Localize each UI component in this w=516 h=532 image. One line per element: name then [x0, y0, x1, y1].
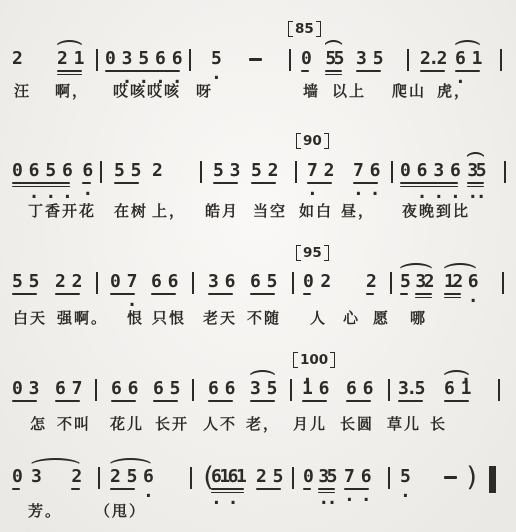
- barline: [98, 467, 100, 489]
- barline: [504, 161, 506, 183]
- note-digits: 5 5: [12, 273, 37, 291]
- note-digits: 6 6: [346, 380, 371, 398]
- beam-underline: [301, 70, 309, 72]
- slur-arc-icon: [323, 40, 344, 50]
- lyric-text: 啊，: [55, 80, 89, 101]
- lyric-text: 皓月: [205, 200, 239, 221]
- lyric-text: 虎，: [437, 80, 471, 101]
- measure-marker: 90: [296, 133, 329, 149]
- beam-underline: [12, 293, 37, 295]
- measure-number: 85: [293, 22, 316, 36]
- note-token: 2: [12, 50, 20, 68]
- lyric-text: 芳。: [28, 500, 62, 521]
- note-digits: 3.5: [398, 380, 423, 398]
- lyric-text: 长: [430, 413, 447, 434]
- dash-extension: [249, 58, 262, 61]
- barline: [290, 379, 292, 401]
- octave-dot-above: .: [302, 371, 310, 377]
- octave-dot-below: ..: [318, 494, 335, 499]
- lyric-text: 不随: [247, 307, 281, 328]
- beam-underline: [12, 488, 20, 490]
- note-group: 6 5: [153, 380, 178, 402]
- beam-underline: [208, 293, 233, 295]
- lyric-text: 当空: [253, 200, 287, 221]
- note-digits: 6 1: [455, 50, 480, 68]
- note-group: 0: [12, 468, 20, 490]
- note-group: 2: [71, 468, 79, 490]
- note-token: 0 3 5 6 6 . . . .: [105, 50, 180, 78]
- note-token: 6 5: [250, 273, 275, 295]
- note-digits: 0: [303, 273, 311, 291]
- barline: [192, 379, 194, 401]
- note-digits: 32: [415, 273, 432, 291]
- note-digits: 3: [31, 468, 39, 486]
- note-group: 0: [303, 273, 311, 295]
- lyric-text: 人不: [203, 413, 237, 434]
- octave-dot-below: .: [400, 487, 408, 492]
- lyric-text: 如白: [299, 200, 333, 221]
- beam-underline: [55, 293, 80, 295]
- note-token: 32: [31, 468, 80, 490]
- note-group: 2.2: [420, 50, 445, 72]
- note-group: 2: [152, 162, 160, 180]
- beam-underline: [55, 400, 80, 402]
- note-digits: 55: [325, 50, 342, 68]
- note-token: 6 6: [208, 380, 233, 402]
- note-digits: 0 3 5 6 6: [105, 50, 180, 68]
- note-group: 0 7 .: [110, 273, 135, 301]
- barline: [295, 161, 297, 183]
- beam-underline: [151, 293, 176, 295]
- note-digits: 2: [320, 273, 328, 291]
- note-digits: 5 2: [251, 162, 276, 180]
- note-digits: 2 5: [110, 468, 135, 486]
- note-digits: 6161: [211, 468, 244, 486]
- beam-underline: [110, 488, 135, 490]
- note-group: 6 6: [208, 380, 233, 402]
- beam-underline: [303, 488, 311, 490]
- note-token: 0: [12, 468, 20, 490]
- note-token: 5 5: [12, 273, 37, 295]
- note-token: 6 6: [346, 380, 371, 402]
- note-digits: 5 3: [213, 162, 238, 180]
- beam-underline: [251, 182, 276, 184]
- note-digits: 2 5: [256, 468, 281, 486]
- note-digits: 6 6: [208, 380, 233, 398]
- lyric-text: 恨: [127, 307, 144, 328]
- note-group: 35..: [318, 468, 335, 499]
- note-group: 2: [12, 50, 20, 68]
- beam-underline: [400, 293, 408, 295]
- score-sheet: 8522 10 3 5 6 6 . . . .5.0553 52.26 1.汪啊…: [0, 0, 516, 532]
- final-barline: [489, 466, 496, 493]
- note-digits: 0: [12, 468, 20, 486]
- lyric-text: 月儿: [293, 413, 327, 434]
- lyric-text: 上，: [152, 200, 186, 221]
- note-token: 0 6 5 6 . . .6.: [12, 162, 91, 193]
- note-token: 126.: [444, 273, 476, 298]
- lyric-text: 草儿: [387, 413, 421, 434]
- note-group: 6 6: [346, 380, 371, 402]
- note-digits: 0 7: [110, 273, 135, 291]
- note-token: 2.2: [420, 50, 445, 72]
- note-group: 6.: [143, 468, 151, 492]
- bracket-right-icon: [316, 21, 321, 37]
- note-token: 5.: [400, 468, 408, 492]
- note-digits: 5 5: [114, 162, 139, 180]
- slur-arc-icon: [465, 152, 486, 162]
- beam-underline: [415, 293, 432, 295]
- note-token: 0 7 .: [110, 273, 135, 301]
- barline: [95, 379, 97, 401]
- note-digits: 7 6: [344, 468, 369, 486]
- note-digits: 3 6: [208, 273, 233, 291]
- note-token: 7 6. .: [353, 162, 378, 190]
- octave-dot-below: .: [211, 69, 219, 74]
- beam-underline: [303, 293, 311, 295]
- note-token: 2 5: [256, 468, 281, 490]
- beam-underline: [302, 400, 327, 402]
- note-token: 2: [152, 162, 160, 180]
- parenthesis: ): [464, 464, 480, 491]
- lyric-text: 白天: [13, 307, 47, 328]
- measure-marker: 95: [296, 245, 329, 261]
- beam-underline: [366, 293, 374, 295]
- note-group: 5.: [400, 468, 408, 492]
- note-digits: 6 6: [111, 380, 136, 398]
- note-group: 6161. .: [211, 468, 244, 499]
- note-digits: 5: [400, 273, 408, 291]
- barline: [189, 49, 191, 71]
- note-token: 532: [400, 273, 432, 298]
- note-group: .6 1: [444, 380, 469, 402]
- bracket-right-icon: [330, 352, 335, 368]
- beam-underline: [114, 182, 139, 184]
- note-token: 02: [303, 273, 329, 295]
- note-digits: 0 6 5 6: [12, 162, 70, 180]
- lyric-text: 老天: [203, 307, 237, 328]
- beam-underline: [256, 488, 281, 490]
- note-group: 3 5: [356, 50, 381, 72]
- note-group: 0 3: [12, 380, 37, 402]
- octave-dot-below: .: [143, 487, 151, 492]
- note-token: .1 6: [302, 380, 327, 402]
- lyric-text: 花儿: [110, 413, 144, 434]
- note-digits: 3 5: [250, 380, 275, 398]
- octave-dot-below: .: [468, 292, 476, 297]
- beam-underline: [57, 70, 82, 72]
- lyric-text: 墙: [303, 80, 320, 101]
- barline: [391, 161, 393, 183]
- barline: [96, 49, 98, 71]
- lyric-text: 长开: [155, 413, 189, 434]
- octave-dot-below: .: [455, 73, 480, 78]
- note-group: 6 6: [151, 273, 176, 295]
- note-token: 0553 5: [301, 50, 381, 75]
- lyric-text: 哪: [410, 307, 427, 328]
- note-group: 5 2: [251, 162, 276, 184]
- beam-underline: [444, 293, 461, 295]
- note-digits: 6 7: [55, 380, 80, 398]
- note-token: 2 1: [57, 50, 82, 75]
- lyric-text: 不叫: [57, 413, 91, 434]
- measure-number: 90: [301, 134, 324, 148]
- note-token: 2 2: [55, 273, 80, 295]
- barline: [292, 272, 294, 294]
- lyric-text: 人: [310, 307, 327, 328]
- octave-dot-below: .: [82, 185, 90, 190]
- note-group: 0 6 5 6 . . .: [12, 162, 70, 193]
- note-token: 2 56.: [110, 468, 151, 492]
- note-group: 2 5: [110, 468, 135, 490]
- note-group: 6.: [82, 162, 90, 190]
- note-group: 3 5: [250, 380, 275, 402]
- bracket-right-icon: [324, 133, 329, 149]
- beam-underline: [420, 70, 445, 72]
- barline: [390, 272, 392, 294]
- note-group: 7 6. .: [344, 468, 369, 496]
- lyric-text: 强啊。: [57, 307, 108, 328]
- barline: [500, 49, 502, 71]
- note-group: 0 3 5 6 6 . . . .: [105, 50, 180, 78]
- bracket-right-icon: [324, 245, 329, 261]
- note-digits: 6 6: [151, 273, 176, 291]
- note-token: 3 5: [250, 380, 275, 402]
- note-token: 5.: [211, 50, 219, 74]
- measure-marker: 100: [293, 352, 335, 368]
- lyric-text: 心: [343, 307, 360, 328]
- barline: [292, 467, 294, 489]
- beam-underline: [444, 297, 461, 299]
- note-group: 35..: [467, 162, 484, 193]
- barline: [96, 272, 98, 294]
- note-group: 5 5: [12, 273, 37, 295]
- octave-dot-below: . .: [211, 494, 244, 499]
- lyric-text: 哎咳哎咳: [113, 80, 181, 101]
- note-token: 6 6: [111, 380, 136, 402]
- note-group: 2 2: [55, 273, 80, 295]
- note-group: 6 7: [55, 380, 80, 402]
- note-group: 5: [400, 273, 408, 295]
- note-digits: 2 2: [55, 273, 80, 291]
- barline: [200, 161, 202, 183]
- note-group: 7 2.: [307, 162, 332, 190]
- beam-underline: [57, 74, 82, 76]
- note-token: 5 2: [251, 162, 276, 184]
- note-digits: 2: [12, 50, 20, 68]
- beam-underline: [250, 400, 275, 402]
- note-digits: 6: [82, 162, 90, 180]
- note-digits: 2: [71, 468, 79, 486]
- note-group: 0: [301, 50, 309, 72]
- lyric-text: 怎: [30, 413, 47, 434]
- note-digits: 7 2: [307, 162, 332, 180]
- note-digits: 35: [467, 162, 484, 180]
- lyric-text: 昼，: [341, 200, 375, 221]
- lyric-text: 夜晚到比: [402, 200, 470, 221]
- note-group: 3: [31, 468, 39, 486]
- note-group: .1 6: [302, 380, 327, 402]
- lyric-text: 老，: [246, 413, 280, 434]
- note-group: 2 1: [57, 50, 82, 75]
- note-token: 5 3: [213, 162, 238, 184]
- note-group: 6 1.: [455, 50, 480, 78]
- note-token: 035..7 6. .: [303, 468, 369, 499]
- note-token: 7 2.: [307, 162, 332, 190]
- note-group: 32: [415, 273, 432, 298]
- note-digits: 0: [301, 50, 309, 68]
- beam-underline: [325, 70, 342, 72]
- note-group: 2: [320, 273, 328, 291]
- note-token: 6 1.: [455, 50, 480, 78]
- note-digits: 6 5: [153, 380, 178, 398]
- note-digits: 2: [152, 162, 160, 180]
- octave-dot-below: . . . .: [105, 73, 180, 78]
- beam-underline: [111, 400, 136, 402]
- note-group: 0 6 3 6 . . .: [400, 162, 458, 193]
- octave-dot-above: .: [444, 371, 469, 377]
- barline: [100, 161, 102, 183]
- note-token: 6161. .: [211, 468, 244, 499]
- octave-dot-below: . .: [353, 185, 378, 190]
- note-group: 5 3: [213, 162, 238, 184]
- barline: [388, 467, 390, 489]
- note-digits: 35: [318, 468, 335, 486]
- note-token: 3.5: [398, 380, 423, 402]
- note-token: 0 6 3 6 . . .35..: [400, 162, 484, 193]
- beam-underline: [356, 70, 381, 72]
- note-digits: 3 5: [356, 50, 381, 68]
- note-group: 6 6: [111, 380, 136, 402]
- note-token: 6 7: [55, 380, 80, 402]
- lyric-text: 在树: [114, 200, 148, 221]
- note-group: 2 5: [256, 468, 281, 490]
- note-digits: 0 6 3 6: [400, 162, 458, 180]
- note-digits: 6 5: [250, 273, 275, 291]
- measure-marker: 85: [288, 21, 321, 37]
- beam-underline: [346, 400, 371, 402]
- beam-underline: [325, 74, 342, 76]
- note-token: 6 5: [153, 380, 178, 402]
- lyric-text: （甩）: [95, 500, 146, 521]
- octave-dot-below: . . .: [400, 188, 458, 193]
- note-token: 5 5: [114, 162, 139, 184]
- note-token: 0 3: [12, 380, 37, 402]
- dash-extension: [444, 476, 457, 479]
- note-token: 6 6: [151, 273, 176, 295]
- note-group: 7 6. .: [353, 162, 378, 190]
- barline: [407, 49, 409, 71]
- lyric-text: 愿: [373, 307, 390, 328]
- lyric-text: 呀: [196, 80, 213, 101]
- octave-dot-below: .: [307, 185, 332, 190]
- lyric-text: 丁香开花: [28, 200, 96, 221]
- barline: [388, 379, 390, 401]
- note-digits: 12: [444, 273, 461, 291]
- beam-underline: [12, 400, 37, 402]
- barline: [498, 379, 500, 401]
- octave-dot-below: .: [110, 296, 135, 301]
- note-digits: 7 6: [353, 162, 378, 180]
- beam-underline: [444, 400, 469, 402]
- note-token: .6 1: [444, 380, 469, 402]
- barline: [190, 467, 192, 489]
- note-token: 3 6: [208, 273, 233, 295]
- note-group: 6 5: [250, 273, 275, 295]
- note-digits: 2: [366, 273, 374, 291]
- note-group: 6.: [468, 273, 476, 297]
- note-group: 5 5: [114, 162, 139, 184]
- lyric-text: 爬山: [392, 80, 426, 101]
- beam-underline: [208, 400, 233, 402]
- note-digits: 2.2: [420, 50, 445, 68]
- note-group: 3 6: [208, 273, 233, 295]
- barline: [289, 49, 291, 71]
- barline: [502, 272, 504, 294]
- beam-underline: [250, 293, 275, 295]
- note-group: 3.5: [398, 380, 423, 402]
- octave-dot-below: . . .: [12, 188, 70, 193]
- note-group: 55: [325, 50, 342, 75]
- note-token: 2: [366, 273, 374, 295]
- lyric-text: 汪: [14, 80, 31, 101]
- note-digits: 2 1: [57, 50, 82, 68]
- octave-dot-below: . .: [344, 491, 369, 496]
- lyric-text: 长圆: [340, 413, 374, 434]
- note-group: 2: [366, 273, 374, 295]
- lyric-text: 只恨: [152, 307, 186, 328]
- note-group: 12: [444, 273, 461, 298]
- note-group: 5.: [211, 50, 219, 74]
- measure-number: 95: [301, 246, 324, 260]
- note-group: 0: [303, 468, 311, 490]
- beam-underline: [415, 297, 432, 299]
- note-digits: 0: [303, 468, 311, 486]
- beam-underline: [71, 488, 79, 490]
- beam-underline: [153, 400, 178, 402]
- octave-dot-below: ..: [467, 188, 484, 193]
- lyric-text: 以上: [332, 80, 366, 101]
- note-digits: 0 3: [12, 380, 37, 398]
- barline: [192, 272, 194, 294]
- beam-underline: [213, 182, 238, 184]
- beam-underline: [398, 400, 423, 402]
